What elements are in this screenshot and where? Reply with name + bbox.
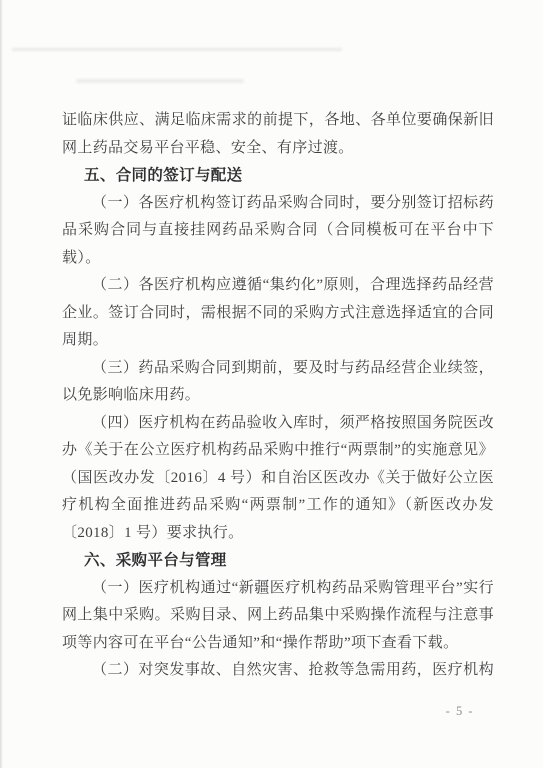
body-text-line: （四）医疗机构在药品验收入库时，须严格按照国务院医改 (62, 410, 494, 438)
body-text-line: 品采购合同与直接挂网药品采购合同（合同模板可在平台中下 (62, 217, 494, 245)
section-heading: 六、采购平台与管理 (62, 547, 494, 575)
body-text-line: （三）药品采购合同到期前，要及时与药品经营企业续签， (62, 355, 494, 383)
body-text-line: 网上集中采购。采购目录、网上药品集中采购操作流程与注意事 (62, 602, 494, 630)
body-text-line: （国医改办发〔2016〕4 号）和自治区医改办《关于做好公立医 (62, 465, 494, 493)
body-text-line: 项等内容可在平台“公告通知”和“操作帮助”项下查看下载。 (62, 630, 494, 658)
section-heading: 五、合同的签订与配送 (62, 162, 494, 190)
document-body: 证临床供应、满足临床需求的前提下，各地、各单位要确保新旧网上药品交易平台平稳、安… (62, 107, 494, 685)
body-text-line: （二）各医疗机构应遵循“集约化”原则，合理选择药品经营 (62, 272, 494, 300)
document-page: 证临床供应、满足临床需求的前提下，各地、各单位要确保新旧网上药品交易平台平稳、安… (0, 0, 543, 768)
body-text-line: （一）医疗机构通过“新疆医疗机构药品采购管理平台”实行 (62, 575, 494, 603)
body-text-line: 证临床供应、满足临床需求的前提下，各地、各单位要确保新旧 (62, 107, 494, 135)
scan-edge-shadow (0, 0, 3, 768)
body-text-line: 以免影响临床用药。 (62, 382, 494, 410)
scan-artifact (76, 79, 244, 83)
body-text-line: 企业。签订合同时，需根据不同的采购方式注意选择适宜的合同 (62, 300, 494, 328)
page-number: - 5 - (446, 704, 474, 719)
body-text-line: （二）对突发事故、自然灾害、抢救等急需用药，医疗机构 (62, 657, 494, 685)
body-text-line: 载）。 (62, 245, 494, 273)
body-text-line: 办《关于在公立医疗机构药品采购中推行“两票制”的实施意见》 (62, 437, 494, 465)
body-text-line: （一）各医疗机构签订药品采购合同时，要分别签订招标药 (62, 190, 494, 218)
body-text-line: 疗机构全面推进药品采购“两票制”工作的通知》（新医改办发 (62, 492, 494, 520)
body-text-line: 〔2018〕1 号）要求执行。 (62, 520, 494, 548)
body-text-line: 周期。 (62, 327, 494, 355)
body-text-line: 网上药品交易平台平稳、安全、有序过渡。 (62, 135, 494, 163)
scan-artifact (12, 48, 342, 51)
